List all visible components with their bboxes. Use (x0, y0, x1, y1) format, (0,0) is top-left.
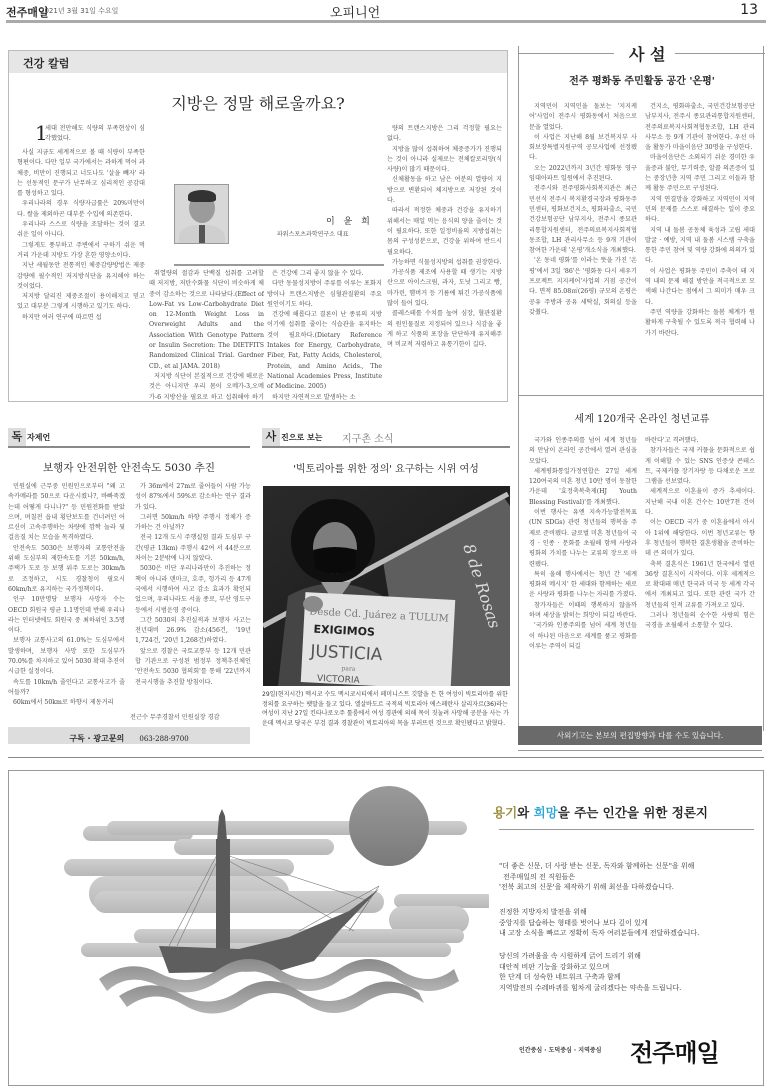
ad-slogan: 용기와 희망을 주는 인간을 위한 정론지 (493, 803, 708, 821)
paragraph: 바란다'고 격려했다. (645, 436, 755, 446)
health-column-label: 건강 칼럼 (23, 55, 69, 71)
paragraph: 지역 연결망을 강화하고 지역민이 지역민의 문제를 스스로 해결하는 일이 중… (645, 195, 755, 226)
author-rule (174, 264, 384, 266)
paragraph: '온 동네 평화'를 이라는 뜻을 가진 '온평'에서 3일 '86'은 '평화… (529, 256, 637, 318)
paragraph: 세계평화통일가정연합은 27일 세계 120여국의 미혼 청년 10만 명이 동… (529, 467, 637, 508)
paragraph: 저지방 달리진 제중조절이 용이해지고 믿고 있고 대부분 그렇게 시행하고 있… (17, 292, 145, 313)
paragraph: 가공식품 제조에 사용할 때 생기는 지방산으로 아이스크림, 과자, 도넛 그… (387, 268, 502, 309)
health-col-3: 은 건강에 그리 좋지 않을 수 있다. 다만 동물성지방이 주류를 이루는 포… (267, 269, 382, 401)
slogan-courage: 용기 (493, 805, 517, 820)
editorial: 사 설 전주 평화동 주민활동 공간 '온평' 지역민이 지역민을 돌보는 '지… (518, 46, 764, 396)
paper-logo: 전주매일 (630, 1033, 719, 1068)
photo-header-tail: 지구촌 소식 (342, 430, 393, 445)
author-name: 이 윤 희 (326, 214, 373, 227)
paragraph: 우리나라 스스로 식량을 조달하는 것이 결코 쉬운 일이 아니다. (17, 220, 145, 241)
masthead-rule (6, 20, 766, 23)
op-ed-disclaimer: 사외기고는 본보의 편집방향과 다를 수도 있습니다. (518, 726, 762, 745)
paragraph: 그간 5030의 추진실적과 보행자 사고는 전년대비 26.9% 감소(456… (135, 616, 251, 647)
health-column-title: 지방은 정말 해로울까요? (9, 91, 507, 114)
paragraph: 전국 12개 도시 주행실험 결과 도심부 구간(평균 13km) 주행시 42… (135, 533, 251, 564)
paragraph: 민원실에 근무중 민원인으로부터 "왜 고속카메라를 50으로 다운시켰나?, … (8, 482, 125, 544)
ad-motto: 인간중심 · 도덕중심 · 지역중심 (519, 1045, 601, 1054)
paragraph: 지난 세월동안 전통적인 체중감량방법은 제중감량에 필수적인 저지방식단을 유… (17, 261, 145, 292)
paragraph: 하지만 여러 연구에 따르면 섭 (17, 313, 145, 323)
health-column-header: 건강 칼럼 (9, 51, 507, 73)
author-photo (174, 184, 229, 244)
slogan-text: 와 (517, 805, 533, 820)
paragraph: 이 사업은 지난해 8월 보건복지부 사회보장특별지원구역 공모사업에 선정됐다… (529, 133, 637, 164)
photo-header-initial: 사 (262, 428, 280, 446)
paragraph: 건지소, 평화파출소, 국민건강보험공단 남부지사, 전주시 종묘관리통합지원센… (645, 102, 755, 153)
ad-line: 내 고장 소식을 빠르고 정확히 독자 여러분들에게 전달하겠습니다. (499, 928, 759, 939)
paragraph: 보행자 교통사고의 61.0%는 도심부에서 발생하며, 보행자 사망 또한 도… (8, 636, 125, 677)
paragraph: 5030은 비단 우리나라만이 추진하는 정책이 아니라 덴마크, 호주, 헝가… (135, 564, 251, 615)
photo-header-label: 진으로 보는 (281, 432, 322, 443)
ad-line: 지역발전의 수레바퀴를 힘차게 굴리겠다는 약속을 드립니다. (499, 983, 759, 994)
author-affiliation: 파워스포츠과학연구소 대표 (277, 229, 348, 238)
editorial-rule (674, 53, 765, 54)
paragraph: 주민 역량을 강화하는 돌봄 체계가 원활하게 구축될 수 있도록 적극 협력해… (645, 308, 755, 339)
health-col-2: 취열량의 절감과 단백질 섭취를 고려할 때 저지방, 저탄수화물 식단이 비슷… (149, 269, 264, 401)
reader-column-title: 보행자 안전위한 안전속도 5030 추진 (8, 460, 250, 475)
paragraph: 참가자들은 이때의 행복하지 않을까 하며 세상을 밝히는 희망이 되길 바란다… (529, 601, 637, 622)
ad-line: 전주매일의 전 직원들은 (499, 872, 759, 883)
svg-text:para: para (341, 665, 356, 673)
ad-line: 중앙지를 답습하는 형태를 벗어나 보다 깊이 있게 (499, 918, 759, 929)
health-column: 건강 칼럼 지방은 정말 해로울까요? 1 세대 전만해도 식량의 부족현상이 … (8, 50, 508, 402)
paragraph: 특히 올해 행사에서는 청년 간 '세계 평화의 메시지' 한 세대와 함께하는… (529, 570, 637, 601)
svg-text:VICTORIA: VICTORIA (317, 674, 361, 686)
paragraph: 이 사업은 평화동 주민이 주축이 돼 지역 내의 문제 해결 방안을 적극적으… (645, 267, 755, 308)
paragraph: 우리나라의 경우 식량자급률은 20%미만이다. 쌀을 제외하곤 대부분 수입에… (17, 199, 145, 220)
paragraph: 지역민이 지역민을 돌보는 '지지케어'사업이 전주시 평화동에서 처음으로 문… (529, 102, 637, 133)
photo-news-header: 사 진으로 보는 지구촌 소식 (262, 428, 510, 448)
paragraph: 신체활동을 하고 남은 여분의 열량이 지방으로 변환되어 체지방으로 저장된 … (387, 175, 502, 206)
paragraph: 은 건강에 그리 좋지 않을 수 있다. (267, 269, 382, 279)
editorial-label: 사 설 (619, 42, 675, 65)
subscription-phone: 063-288-9700 (139, 735, 188, 743)
ad-line: 진정한 지방자치 발전을 위해 (499, 907, 759, 918)
youth-col-2: 바란다'고 격려했다. 참가자들은 국제 커플을 문화적으로 쉽게 이해할 수 … (645, 436, 755, 721)
editorial-title: 전주 평화동 주민활동 공간 '온평' (519, 72, 765, 87)
paragraph: 건강에 해롭다고 결론이 난 종류의 지방이기에 섭취를 줄이는 식습관을 유지… (267, 310, 382, 392)
paragraph: 그러면 50km/h 하향 주행시 정체가 증가하는 건 아닐까? (135, 513, 251, 534)
paragraph: 마을이음단은 소외되기 쉬운 경미한 우울증과 불안, 무기력증, 알콜 의존증… (645, 153, 755, 194)
paragraph: 다만 동물성지방이 주류를 이루는 포화지방이나 트랜스지방은 심혈관질환의 주… (267, 279, 382, 310)
editorial-col-2: 건지소, 평화파출소, 국민건강보험공단 남부지사, 전주시 종묘관리통합지원센… (645, 102, 755, 392)
editorial-col-1: 지역민이 지역민을 돌보는 '지지케어'사업이 전주시 평화동에서 처음으로 문… (529, 102, 637, 392)
slogan-text: 을 주는 인간을 위한 정론지 (558, 805, 708, 820)
ad-line: '전북 최고의 신문'을 제작하기 위해 최선을 다하겠습니다. (499, 882, 759, 893)
ad-line: 한 단계 더 성숙한 네트워크 구축과 함께 (499, 972, 759, 983)
paragraph: 하지만 자연적으로 발생하는 소 (267, 393, 382, 401)
paragraph: 이번 행사는 유엔 지속가능발전목표(UN SDGs) 관련 청년들의 행복을 … (529, 508, 637, 570)
slogan-hope: 희망 (534, 805, 558, 820)
youth-exchange-article: 세계 120개국 온라인 청년교류 국가와 인종주의를 넘어 세계 청년들의 만… (518, 396, 764, 731)
paragraph: 취열량의 절감과 단백질 섭취를 고려할 때 저지방, 저탄수화물 식단이 비슷… (149, 269, 264, 372)
paragraph: 그렇게도 풍부하고 주변에서 구하기 쉬운 먹거리 가운데 지방도 가장 흔한 … (17, 241, 145, 262)
paragraph: 속도를 10km/h 줄인다고 교통사고가 줄어들까? (8, 678, 125, 699)
paragraph: 앞으로 경찰은 국토교통부 등 12개 민관합 기관으로 구성된 범정부 정책추… (135, 647, 251, 688)
paragraph: 인구 10만명당 보행자 사망자 수는 OECD 회원국 평균 1.1명인데 반… (8, 595, 125, 636)
health-col-1: 사실 지금도 세계적으로 볼 때 식량이 부족한 형편이다. 다만 일부 국가에… (17, 148, 145, 398)
subscription-box: 구독 · 광고문의 063-288-9700 (8, 727, 250, 744)
ship-illustration (39, 781, 489, 1061)
reader-col-2: 가 36m에서 27m로 줄어들어 사람 가능성이 87%에서 59%로 감소하… (135, 482, 251, 710)
ad-line: 대안적 비판 기능을 강화하고 있으며 (499, 962, 759, 973)
slogan-rule (499, 829, 754, 830)
paragraph: 60km에서 50km로 하향시 제동거리 (8, 698, 125, 707)
reader-signature: 전근수 무주경찰서 민원실장 경감 (130, 712, 220, 721)
editorial-rule (519, 53, 614, 54)
paragraph: 저지방 식단이 본질적으로 건강에 해로운 것은 아니지만 우리 몸이 오메가-… (149, 372, 264, 401)
paragraph: 세계적으로 이혼율이 증가 추세이다. 지난해 국내 이혼 건수는 10만7천 … (645, 487, 755, 518)
issue-date: 2021년 3월 31일 수요일 (40, 6, 118, 16)
reader-header-initial: 독 (8, 428, 26, 446)
youth-col-1: 국가와 인종주의를 넘어 세계 청년들의 만남이 온라인 공간에서 열려 관심을… (529, 436, 637, 721)
ad-line: 당신의 가려움을 속 시원하게 긁어 드리기 위해 (499, 951, 759, 962)
health-col-1-lead: 세대 전만해도 식량의 부족현상이 심각했었다. (45, 124, 145, 148)
paragraph: 지방을 많이 섭취하여 체중증가가 진행되는 것이 아니라 실제로는 전체칼로리… (387, 145, 502, 176)
reader-column-header: 독 자제언 (8, 428, 250, 448)
photo-caption: 29일(현지시간) 멕시코 수도 멕시코시티에서 페미니스트 깃발을 든 한 여… (262, 690, 510, 728)
photo-news-title: '빅토리아를 위한 정의' 요구하는 시위 여성 (262, 460, 510, 475)
ad-paragraph: 진정한 지방자치 발전을 위해 중앙지를 답습하는 형태를 벗어나 보다 깊이 … (499, 907, 759, 939)
paragraph: 오는 2022년까지 3년간 평화동 영구임대아파트 일원에서 추진된다. (529, 164, 637, 185)
ad-paragraph: "더 좋은 신문, 더 사랑 받는 신문, 독자와 함께하는 신문"을 위해 전… (499, 861, 759, 893)
reader-header-label: 자제언 (27, 432, 50, 443)
svg-text:JUSTICIA: JUSTICIA (309, 641, 383, 665)
subscription-label: 구독 · 광고문의 (69, 734, 124, 743)
paragraph: 이는 OECD 국가 중 이혼율에서 아시아 1위에 해당한다. 이번 청년교류… (645, 518, 755, 559)
paragraph: 따라서 적정한 체중과 건강을 유지하기 위해서는 매일 먹는 음식의 양을 줄… (387, 206, 502, 257)
paragraph: 전주시와 전주평화사회복지관은 최근 민선식 전주시 복지환경국장과 평화동주민… (529, 184, 637, 256)
divider (518, 750, 762, 751)
paragraph: 사실 지금도 세계적으로 볼 때 식량이 부족한 형편이다. 다만 일부 국가에… (17, 148, 145, 199)
paragraph: 참가자들은 국제 커플을 문화적으로 쉽게 이해할 수 있는 SNS 인증샷 콘… (645, 446, 755, 487)
protest-photo-illustration: Desde Cd. Juárez a TULUM EXIGIMOS JUSTIC… (263, 486, 510, 686)
paragraph: 축복 결혼식은 1961년 한국에서 열린 36쌍 결혼식이 시작이다. 이후 … (645, 560, 755, 611)
paragraph: 지역 내 돌봄 공동체 육성과 고립 세대 발굴 · 예방, 지역 내 돌봄 시… (645, 226, 755, 267)
page-number: 13 (740, 2, 758, 18)
paragraph: 가 36m에서 27m로 줄어들어 사람 가능성이 87%에서 59%로 감소하… (135, 482, 251, 513)
ad-line: "더 좋은 신문, 더 사랑 받는 신문, 독자와 함께하는 신문"을 위해 (499, 861, 759, 872)
paragraph: 그러나 청년들의 순수한 사랑의 힘은 국경을 초월해서 소통할 수 있다. (645, 611, 755, 632)
divider (8, 757, 764, 758)
paragraph: '국가와 인종주의를 넘어 세계 청년들이 하나된 마음으로 세계를 품고 평화… (529, 621, 637, 652)
paragraph: 가능하면 식물성지방의 섭취를 권장한다. (387, 258, 502, 268)
protest-photo: Desde Cd. Juárez a TULUM EXIGIMOS JUSTIC… (263, 486, 510, 686)
ad-paragraph: 당신의 가려움을 속 시원하게 긁어 드리기 위해 대안적 비판 기능을 강화하… (499, 951, 759, 993)
section-title: 오피니언 (330, 2, 380, 21)
paragraph: 국가와 인종주의를 넘어 세계 청년들의 만남이 온라인 공간에서 열려 관심을… (529, 436, 637, 467)
paragraph: 세대 전만해도 식량의 부족현상이 심각했었다. (45, 125, 145, 142)
paragraph: 량의 트랜스지방은 그리 걱정할 필요는 없다. (387, 124, 502, 145)
paragraph: 안전속도 5030은 보행자의 교통안전을 위해 도심부의 제한속도를 기본 5… (8, 544, 125, 595)
masthead: 전주매일 2021년 3월 31일 수요일 오피니언 13 (0, 0, 768, 24)
youth-article-title: 세계 120개국 온라인 청년교류 (519, 410, 765, 425)
health-col-4: 량의 트랜스지방은 그리 걱정할 필요는 없다. 지방을 많이 섭취하여 체중증… (387, 124, 502, 401)
reader-col-1: 민원실에 근무중 민원인으로부터 "왜 고속카메라를 50으로 다운시켰나?, … (8, 482, 125, 707)
paragraph: 콜레스테롤 수치를 높여 심장, 혈관질환의 원인물질로 지정되어 있으나 식감… (387, 309, 502, 350)
